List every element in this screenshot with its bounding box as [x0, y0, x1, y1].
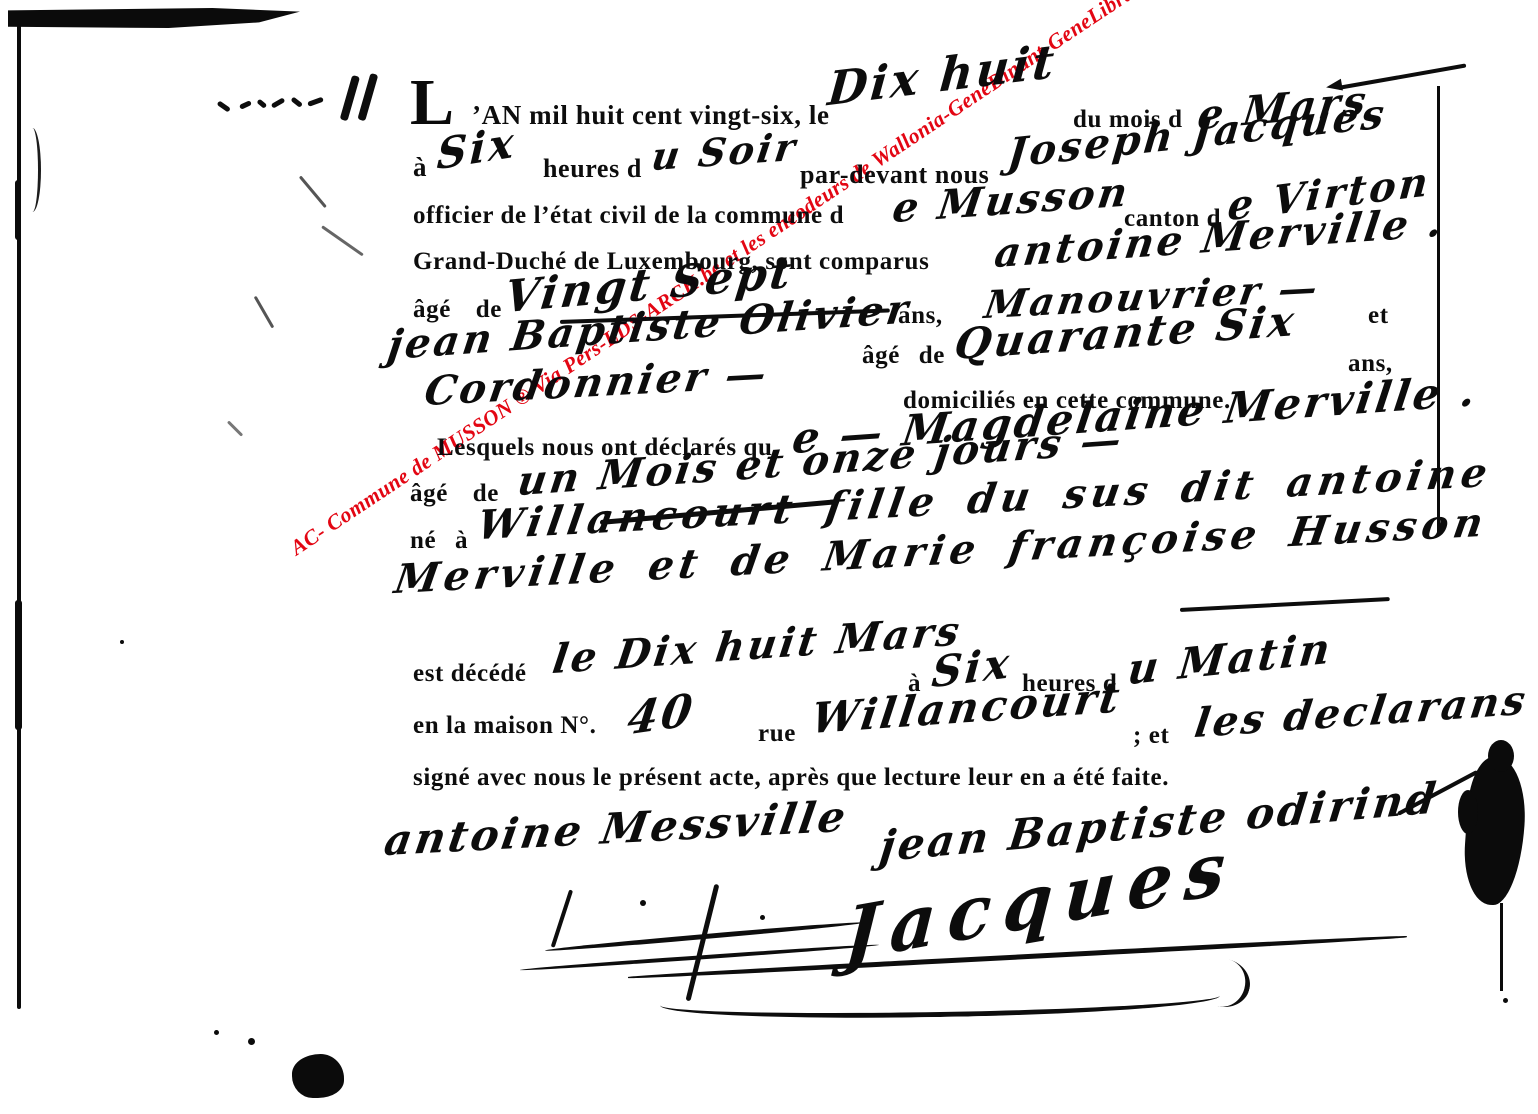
handwritten-street: Willancourt	[809, 672, 1126, 743]
margin-mark-stroke	[340, 75, 360, 121]
ink-speck	[640, 900, 646, 906]
printed-text-decede: est décédé	[413, 660, 527, 688]
signature-declarant1: antoine Messville	[381, 792, 852, 866]
ink-speck	[214, 1030, 219, 1035]
ink-scratch	[256, 99, 267, 109]
ink-speck	[120, 640, 124, 644]
ink-speck	[248, 1038, 255, 1045]
document-page: L ’AN mil huit cent vingt-six, le Dix hu…	[0, 0, 1538, 1114]
crease-mark	[299, 176, 327, 209]
scan-left-edge-line	[17, 24, 21, 1009]
scan-top-bar	[8, 8, 300, 28]
signature-end-hook	[1200, 955, 1256, 1013]
handwritten-officer-name: Joseph Jacques	[1005, 90, 1389, 178]
signature-ascender-stroke	[551, 889, 573, 947]
printed-text-hour-prefix: à	[413, 152, 427, 183]
handwriting-crossbar	[1180, 597, 1390, 612]
signature-underflourish	[660, 979, 1220, 1022]
ink-scratch	[271, 97, 286, 108]
ink-scratch	[217, 100, 231, 112]
printed-text-heures: heures d	[543, 154, 642, 184]
ink-scratch	[307, 97, 324, 107]
crease-mark	[227, 420, 243, 436]
ink-scratch	[290, 97, 303, 108]
crease-mark	[321, 225, 364, 256]
ink-speck	[1460, 520, 1464, 524]
printed-text-et-declarants: ; et	[1133, 722, 1169, 750]
scan-left-edge-thick	[15, 600, 22, 730]
scan-left-edge-thick2	[15, 180, 21, 240]
printed-text-maison: en la maison N°.	[413, 712, 597, 740]
printed-text-age2-label: âgé de	[862, 342, 945, 370]
handwritten-house-number: 40	[624, 684, 698, 746]
printed-text-rue: rue	[758, 720, 796, 748]
printed-text-ne-a: né à	[410, 527, 468, 555]
ink-drip-line	[1500, 903, 1503, 991]
margin-mark-stroke	[357, 73, 378, 121]
signature-ascender-stroke	[685, 884, 719, 1002]
handwritten-death-date: le Dix huit Mars	[550, 607, 965, 683]
ink-speck	[1503, 998, 1508, 1003]
death-record-scan: { "colors": { "ink": "#0d0d0d", "waterma…	[0, 0, 1538, 1114]
handwritten-declarants-ref: les declarans	[1192, 676, 1531, 747]
ink-blot-bottom	[292, 1054, 344, 1098]
handwritten-death-daypart: u Matin	[1125, 623, 1335, 694]
ink-scratch	[239, 100, 252, 110]
printed-text-signature-clause: signé avec nous le présent acte, après q…	[413, 764, 1169, 792]
printed-text-et: et	[1368, 302, 1389, 330]
scan-left-crease-arc	[24, 128, 41, 212]
crease-mark	[254, 296, 275, 329]
ink-blot-right-nub	[1458, 790, 1478, 834]
handwritten-daypart: u Soir	[649, 124, 801, 180]
drop-cap-initial: L	[410, 70, 454, 136]
ink-speck	[760, 915, 765, 920]
ink-blot-right-nub	[1488, 740, 1514, 772]
